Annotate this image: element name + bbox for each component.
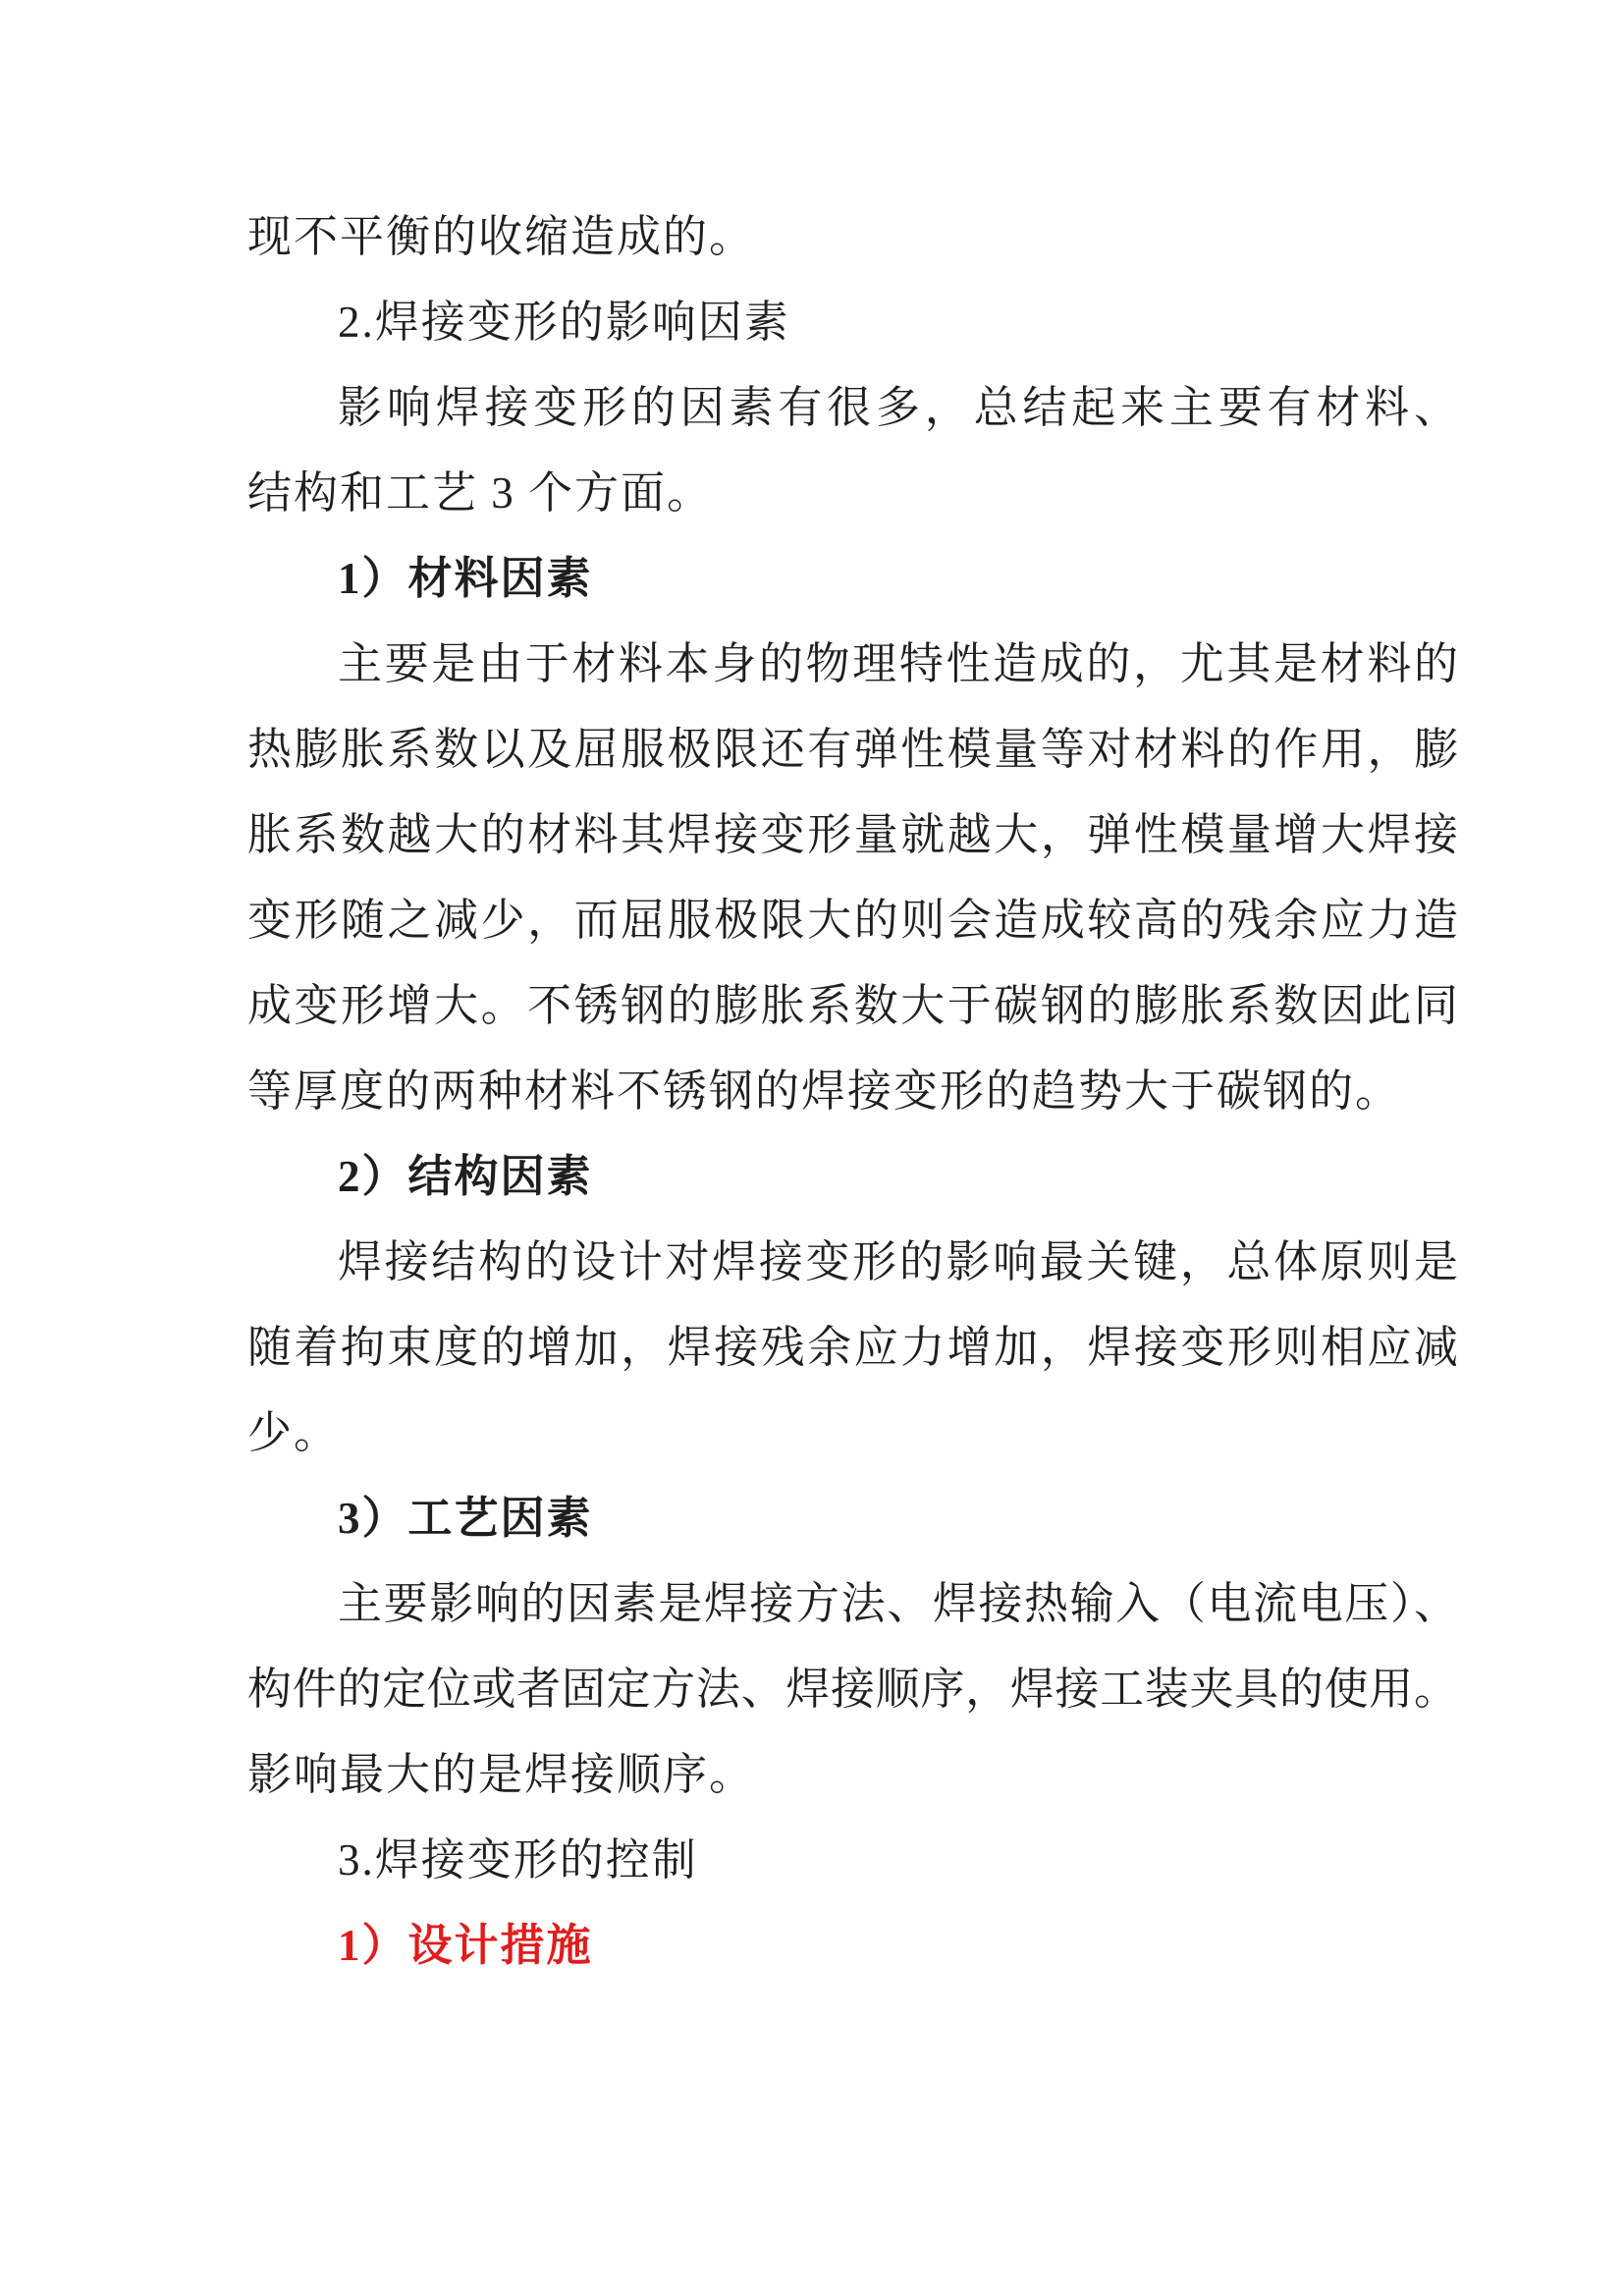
text-line: 热膨胀系数以及屈服极限还有弹性模量等对材料的作用，膨 — [247, 707, 1458, 793]
red-heading-line: 1）设计措施 — [247, 1903, 1458, 1989]
text-line: 焊接结构的设计对焊接变形的影响最关键，总体原则是 — [247, 1220, 1458, 1305]
section-heading-line: 2）结构因素 — [247, 1134, 1458, 1220]
text-line: 影响焊接变形的因素有很多，总结起来主要有材料、 — [247, 365, 1458, 451]
text-line: 少。 — [247, 1391, 1458, 1476]
text-line: 主要是由于材料本身的物理特性造成的，尤其是材料的 — [247, 622, 1458, 707]
text-line: 现不平衡的收缩造成的。 — [247, 194, 1458, 280]
section-heading-line: 3）工艺因素 — [247, 1476, 1458, 1561]
document-page: 现不平衡的收缩造成的。2.焊接变形的影响因素影响焊接变形的因素有很多，总结起来主… — [0, 0, 1623, 2296]
text-line: 等厚度的两种材料不锈钢的焊接变形的趋势大于碳钢的。 — [247, 1049, 1458, 1134]
text-line: 主要影响的因素是焊接方法、焊接热输入（电流电压）、 — [247, 1561, 1458, 1647]
text-line: 构件的定位或者固定方法、焊接顺序，焊接工装夹具的使用。 — [247, 1647, 1458, 1732]
text-line: 影响最大的是焊接顺序。 — [247, 1732, 1458, 1818]
text-line: 3.焊接变形的控制 — [247, 1818, 1458, 1903]
text-line: 结构和工艺 3 个方面。 — [247, 451, 1458, 536]
text-line: 随着拘束度的增加，焊接残余应力增加，焊接变形则相应减 — [247, 1305, 1458, 1391]
section-heading-line: 1）材料因素 — [247, 536, 1458, 622]
text-line: 胀系数越大的材料其焊接变形量就越大，弹性模量增大焊接 — [247, 793, 1458, 878]
text-line: 变形随之减少，而屈服极限大的则会造成较高的残余应力造 — [247, 878, 1458, 963]
text-line: 2.焊接变形的影响因素 — [247, 280, 1458, 365]
text-line: 成变形增大。不锈钢的膨胀系数大于碳钢的膨胀系数因此同 — [247, 963, 1458, 1049]
document-text-block: 现不平衡的收缩造成的。2.焊接变形的影响因素影响焊接变形的因素有很多，总结起来主… — [247, 194, 1458, 1989]
